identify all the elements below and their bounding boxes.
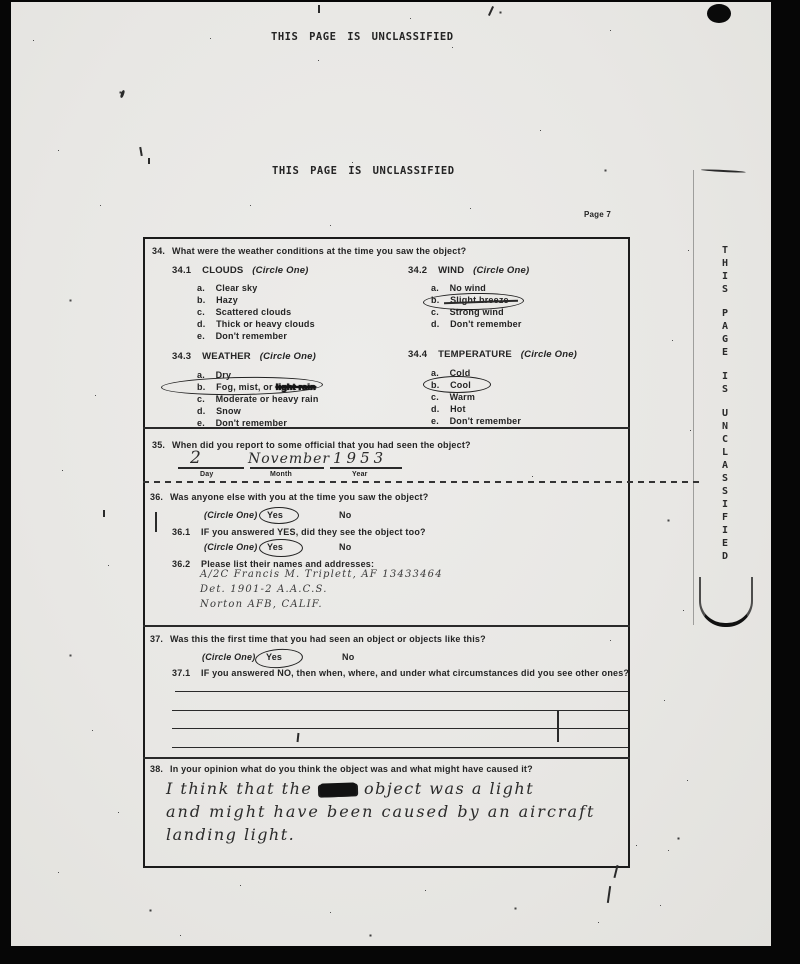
q34-3-title: WEATHER: [202, 351, 251, 362]
scan-artifact: [148, 158, 150, 164]
month-label: Month: [270, 471, 292, 478]
option-wind-d: d. Don't remember: [431, 319, 522, 329]
option-letter: c.: [197, 307, 205, 317]
q36-1-number: 36.1: [172, 527, 190, 537]
scan-artifact: [318, 5, 320, 13]
handwritten-opinion-line1b: object was a light: [364, 779, 534, 798]
q38-number: 38.: [150, 764, 163, 774]
option-clouds-c: c. Scattered clouds: [197, 307, 291, 317]
q34-3-number: 34.3: [172, 351, 191, 362]
option-label: Don't remember: [450, 319, 521, 329]
ink-blot-crossed-out-word: [320, 782, 356, 796]
year-label: Year: [352, 471, 368, 478]
scan-edge-top: [0, 0, 800, 2]
q36-2-row: 36.2 Please list their names and address…: [172, 559, 374, 569]
option-label: Snow: [216, 406, 241, 416]
q36-number: 36.: [150, 492, 163, 502]
q34-1-header: 34.1 CLOUDS (Circle One): [172, 265, 309, 276]
q36-text: Was anyone else with you at the time you…: [170, 492, 428, 502]
q37-circle-one: (Circle One): [202, 652, 255, 662]
option-temp-c: c. Warm: [431, 392, 475, 402]
option-temp-e: e. Don't remember: [431, 416, 521, 426]
q37-1-text: IF you answered NO, then when, where, an…: [201, 668, 629, 678]
stray-pen-mark: [557, 710, 559, 742]
q36-1-no: No: [339, 542, 351, 552]
q34-4-title: TEMPERATURE: [438, 349, 512, 360]
option-clouds-e: e. Don't remember: [197, 331, 287, 341]
option-weather-e: e. Don't remember: [197, 418, 287, 428]
side-bracket-mark: [699, 577, 753, 627]
scan-edge-right: [771, 0, 800, 964]
q37-1-row: 37.1 IF you answered NO, then when, wher…: [172, 668, 629, 678]
q37-text: Was this the first time that you had see…: [170, 634, 486, 644]
answer-blank-line: [172, 710, 628, 711]
option-letter: d.: [431, 319, 439, 329]
option-label: Hot: [450, 404, 466, 414]
q36-1-circle-one: (Circle One): [204, 542, 257, 552]
q34-2-number: 34.2: [408, 265, 427, 276]
handwritten-opinion-line1a: I think that the: [166, 779, 312, 798]
q34-4-circle-one: (Circle One): [521, 349, 577, 360]
option-clouds-d: d. Thick or heavy clouds: [197, 319, 315, 329]
option-temp-d: d. Hot: [431, 404, 466, 414]
q34-1-title: CLOUDS: [202, 265, 243, 276]
section-divider-3: [143, 625, 630, 627]
q37-no: No: [342, 652, 354, 662]
q36-2-number: 36.2: [172, 559, 190, 569]
handwritten-name-line-3: Norton AFB, CALIF.: [200, 599, 323, 610]
q36-circle-one: (Circle One): [204, 510, 257, 520]
option-letter: c.: [431, 307, 439, 317]
answer-blank-line: [175, 691, 628, 692]
option-letter: a.: [431, 283, 439, 293]
option-label: Don't remember: [450, 416, 521, 426]
q34-4-number: 34.4: [408, 349, 427, 360]
q37-number: 37.: [150, 634, 163, 644]
classification-banner-middle: THIS PAGE IS UNCLASSIFIED: [272, 165, 455, 177]
option-clouds-a: a. Clear sky: [197, 283, 257, 293]
option-wind-a: a. No wind: [431, 283, 486, 293]
page-number: Page 7: [584, 210, 611, 219]
handwritten-opinion-line3: landing light.: [166, 825, 295, 844]
option-letter: a.: [197, 283, 205, 293]
q36-2-text: Please list their names and addresses:: [201, 559, 374, 569]
option-letter: d.: [197, 319, 205, 329]
circle-mark-q36-1-yes: [259, 539, 303, 557]
q34-1-circle-one: (Circle One): [252, 265, 308, 276]
option-label: Scattered clouds: [216, 307, 292, 317]
q34-number: 34.: [152, 246, 165, 256]
option-letter: b.: [197, 295, 205, 305]
option-label: Hazy: [216, 295, 238, 305]
option-letter: c.: [431, 392, 439, 402]
circle-mark-q36-yes: [259, 507, 299, 524]
circle-mark-temp-b: [423, 376, 491, 393]
option-letter: d.: [431, 404, 439, 414]
q36-1-text: IF you answered YES, did they see the ob…: [201, 527, 426, 537]
option-label: Don't remember: [216, 331, 287, 341]
q36-1-row: 36.1 IF you answered YES, did they see t…: [172, 527, 426, 537]
section-divider-4: [143, 757, 630, 759]
option-label: Moderate or heavy rain: [216, 394, 319, 404]
stray-pen-mark: [155, 512, 157, 532]
day-label: Day: [200, 471, 213, 478]
q38-text: In your opinion what do you think the ob…: [170, 764, 533, 774]
q34-2-title: WIND: [438, 265, 464, 276]
q35-text: When did you report to some official tha…: [172, 440, 471, 450]
option-label: Warm: [450, 392, 475, 402]
option-letter: e.: [431, 416, 439, 426]
handwritten-opinion-line2: and might have been caused by an aircraf…: [166, 802, 595, 821]
q34-3-header: 34.3 WEATHER (Circle One): [172, 351, 316, 362]
handwritten-day: 2: [190, 448, 201, 468]
option-letter: e.: [197, 418, 205, 428]
q34-4-header: 34.4 TEMPERATURE (Circle One): [408, 349, 577, 360]
option-label: Clear sky: [216, 283, 258, 293]
option-weather-d: d. Snow: [197, 406, 241, 416]
q34-2-header: 34.2 WIND (Circle One): [408, 265, 529, 276]
q35-number: 35.: [152, 440, 165, 450]
option-label: No wind: [450, 283, 486, 293]
option-label: Thick or heavy clouds: [216, 319, 315, 329]
answer-blank-line: [172, 747, 628, 748]
month-underline: [250, 467, 324, 469]
option-label: Don't remember: [216, 418, 287, 428]
handwritten-month: November: [248, 451, 330, 467]
page-strip-edge: [693, 170, 694, 625]
classification-banner-top: THIS PAGE IS UNCLASSIFIED: [271, 31, 454, 43]
option-clouds-b: b. Hazy: [197, 295, 238, 305]
handwritten-name-line-1: A/2C Francis M. Triplett, AF 13433464: [200, 569, 443, 580]
q34-2-circle-one: (Circle One): [473, 265, 529, 276]
option-letter: e.: [197, 331, 205, 341]
q34-3-circle-one: (Circle One): [260, 351, 316, 362]
scan-edge-bottom: [0, 946, 800, 964]
scan-edge-left: [0, 0, 11, 964]
punch-hole-mark: [707, 4, 731, 23]
q34-1-number: 34.1: [172, 265, 191, 276]
side-vertical-text: THISPAGEISUNCLASSIFIED: [722, 244, 728, 563]
q34-text: What were the weather conditions at the …: [172, 246, 466, 256]
option-letter: d.: [197, 406, 205, 416]
day-underline: [178, 467, 244, 469]
option-weather-c: c. Moderate or heavy rain: [197, 394, 319, 404]
year-underline: [330, 467, 402, 469]
handwritten-year: 1953: [333, 449, 387, 467]
answer-blank-line: [172, 728, 628, 729]
scan-artifact: [103, 510, 105, 517]
section-divider-2: [143, 481, 703, 483]
q36-no: No: [339, 510, 351, 520]
handwritten-name-line-2: Det. 1901-2 A.A.C.S.: [200, 584, 328, 595]
q37-1-number: 37.1: [172, 668, 190, 678]
option-letter: c.: [197, 394, 205, 404]
